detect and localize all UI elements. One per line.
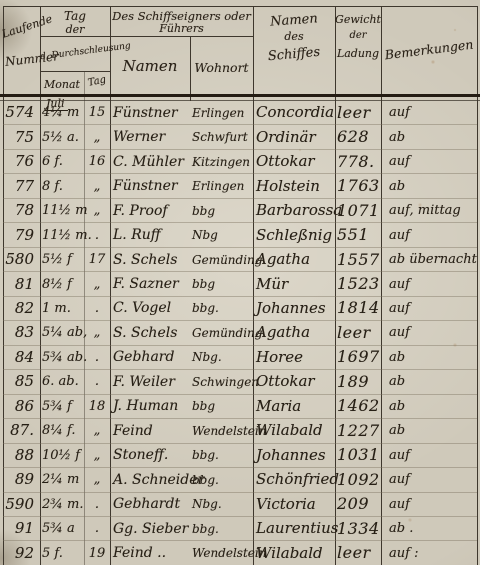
- ship-name: Laurentius: [253, 521, 337, 536]
- header-bottom-rule-thick: [0, 94, 480, 97]
- ledger-row: 821 m..C. Vogelbbg.Johannes1814auf: [3, 297, 477, 321]
- day-of-month: .: [84, 375, 110, 388]
- lock-time: 2¾ m.: [40, 498, 84, 511]
- day-of-month: „: [84, 326, 110, 339]
- remark: ab: [383, 351, 477, 364]
- day-of-month: 15: [84, 106, 110, 119]
- owner-name: L. Ruff: [110, 228, 192, 242]
- owner-name: Stoneff.: [110, 448, 192, 462]
- header-ship-line3: Schiffes: [253, 43, 336, 65]
- owner-residence: Schwingen: [192, 376, 253, 388]
- row-number: 580: [3, 252, 40, 267]
- remark: ab übernacht: [383, 253, 477, 266]
- ship-name: Mür: [253, 277, 337, 292]
- day-of-month: .: [84, 498, 110, 511]
- owner-name: S. Schels: [110, 326, 192, 340]
- ledger-row: 7911½ m..L. RuffNbgSchleßnig551auf: [3, 223, 477, 247]
- cargo-weight: 778.: [337, 154, 383, 170]
- row-number: 76: [3, 154, 40, 169]
- remark: ab: [383, 180, 477, 193]
- remark: ab: [383, 375, 477, 388]
- day-of-month: 17: [84, 253, 110, 266]
- ledger-row: 766 f.16C. MühlerKitzingenOttokar778.auf: [3, 150, 477, 174]
- row-number: 82: [3, 301, 40, 316]
- cargo-weight: 551: [337, 227, 383, 243]
- lock-time: 5¾ a: [40, 522, 84, 535]
- row-number: 83: [3, 325, 40, 340]
- remark: ab: [383, 400, 477, 413]
- ship-name: Wilabald: [253, 423, 337, 438]
- header-date-title-line2: der: [40, 23, 110, 36]
- lock-time: 1 m.: [40, 302, 84, 315]
- owner-residence: Wendelstein: [192, 425, 253, 437]
- ledger-row: 915¾ a.Gg. Sieberbbg.Laurentius1334ab .: [3, 517, 477, 541]
- ship-name: Johannes: [253, 448, 337, 463]
- owner-name: Werner: [110, 130, 192, 144]
- header-subdivider-line: [40, 36, 253, 37]
- owner-residence: bbg: [192, 278, 253, 290]
- header-day-label: Tag: [83, 73, 111, 89]
- owner-name: F. Weiler: [110, 375, 192, 389]
- header-weight-line1: Gewicht: [335, 13, 381, 26]
- row-number: 88: [3, 448, 40, 463]
- lock-time: 2¼ m: [40, 473, 84, 486]
- ship-name: Victoria: [253, 497, 337, 512]
- remark: auf, mittag: [383, 204, 477, 217]
- owner-name: F. Proof: [110, 204, 192, 218]
- ship-name: Agatha: [253, 325, 337, 340]
- owner-name: J. Human: [110, 399, 192, 413]
- ledger-row: 7811½ m„F. ProofbbgBarbarossa1071auf, mi…: [3, 199, 477, 223]
- owner-residence: bbg: [192, 400, 253, 412]
- day-of-month: „: [84, 473, 110, 486]
- remark: auf: [383, 498, 477, 511]
- cargo-weight: 1557: [337, 252, 383, 268]
- lock-time: 5¾ ab.: [40, 351, 84, 364]
- remark: auf :: [383, 547, 477, 560]
- header-owner-title-line1: Des Schiffseigners oder: [110, 9, 253, 23]
- month-annotation: Juli: [45, 97, 68, 111]
- ship-name: Barbarossa: [253, 203, 337, 218]
- owner-residence: Kitzingen: [192, 156, 253, 168]
- remark: auf: [383, 278, 477, 291]
- cargo-weight: 1227: [337, 423, 383, 439]
- cargo-weight: 1071: [337, 203, 383, 219]
- owner-name: Feind ..: [110, 546, 192, 560]
- ship-name: Ordinär: [253, 130, 337, 145]
- owner-name: Fünstner: [110, 106, 192, 120]
- ledger-row: 865¾ f18J. HumanbbgMaria1462ab: [3, 395, 477, 419]
- row-number: 81: [3, 277, 40, 292]
- remark: auf: [383, 449, 477, 462]
- row-number: 574: [3, 105, 40, 120]
- header-monthday-line: [40, 71, 110, 72]
- lock-time: 6. ab.: [40, 375, 84, 388]
- remark: ab: [383, 131, 477, 144]
- owner-name: C. Mühler: [110, 155, 192, 169]
- owner-residence: bbg: [192, 205, 253, 217]
- ship-name: Ottokar: [253, 374, 337, 389]
- cargo-weight: 1814: [337, 300, 383, 316]
- remark: auf: [383, 106, 477, 119]
- header-weight-line2: der: [335, 30, 381, 41]
- row-number: 84: [3, 350, 40, 365]
- day-of-month: .: [84, 302, 110, 315]
- cargo-weight: 1334: [337, 521, 383, 537]
- cargo-weight: leer: [337, 105, 383, 121]
- remark: auf: [383, 473, 477, 486]
- day-of-month: 16: [84, 155, 110, 168]
- border-top-line: [3, 6, 478, 7]
- row-number: 79: [3, 228, 40, 243]
- header-owner-name: Namen: [110, 57, 190, 75]
- row-number: 77: [3, 179, 40, 194]
- ship-name: Concordia: [253, 105, 337, 120]
- border-right-line: [477, 6, 478, 565]
- owner-name: Fünstner: [110, 179, 192, 193]
- day-of-month: 18: [84, 400, 110, 413]
- ship-name: Agatha: [253, 252, 337, 267]
- ledger-row: 856. ab..F. WeilerSchwingenOttokar189ab: [3, 370, 477, 394]
- row-number: 78: [3, 203, 40, 218]
- day-of-month: .: [84, 351, 110, 364]
- owner-residence: Nbg.: [192, 351, 253, 363]
- owner-name: F. Sazner: [110, 277, 192, 291]
- cargo-weight: 1763: [337, 178, 383, 194]
- header-ship-line2: des: [253, 30, 335, 43]
- owner-residence: Nbg.: [192, 498, 253, 510]
- header-ship-line1: Namen: [253, 10, 336, 31]
- ledger-page: Laufende Nummer Tag der d. Durchschleusu…: [0, 0, 480, 565]
- ledger-row: 818½ f„F. SaznerbbgMür1523auf: [3, 272, 477, 296]
- ship-name: Johannes: [253, 301, 337, 316]
- ledger-row: 845¾ ab..GebhardNbg.Horee1697ab: [3, 346, 477, 370]
- ledger-row: 8810½ f„Stoneff.bbg.Johannes1031auf: [3, 444, 477, 468]
- ship-name: Wilabald: [253, 546, 337, 561]
- lock-time: 10½ f: [40, 449, 84, 462]
- header-date-title-line1: Tag: [40, 9, 110, 23]
- ledger-row: 925 f.19Feind ..WendelsteinWilabaldleera…: [3, 541, 477, 564]
- day-of-month: .: [84, 522, 110, 535]
- row-number: 85: [3, 374, 40, 389]
- remark: auf: [383, 155, 477, 168]
- header-date-subtitle: d. Durchschleusung: [40, 44, 111, 62]
- lock-time: 5¼ ab,: [40, 326, 84, 339]
- day-of-month: „: [84, 180, 110, 193]
- header-remarks: Bemerkungen: [380, 36, 477, 63]
- ledger-row: 5805½ f17S. SchelsGemündingAgatha1557ab …: [3, 248, 477, 272]
- day-of-month: „: [84, 131, 110, 144]
- remark: ab .: [383, 522, 477, 535]
- owner-name: C. Vogel: [110, 301, 192, 315]
- row-number: 91: [3, 521, 40, 536]
- owner-residence: bbg.: [192, 449, 253, 461]
- owner-residence: Erlingen: [192, 180, 253, 192]
- day-of-month: 19: [84, 547, 110, 560]
- owner-residence: Gemünding: [192, 327, 253, 339]
- cargo-weight: 189: [337, 374, 383, 390]
- lock-time: 8½ f: [40, 278, 84, 291]
- day-of-month: „: [84, 204, 110, 217]
- owner-residence: bbg.: [192, 523, 253, 535]
- remark: ab: [383, 424, 477, 437]
- owner-name: Gebhardt: [110, 497, 192, 511]
- lock-time: 8¼ f.: [40, 424, 84, 437]
- header-owner-title-line2: Führers: [110, 22, 253, 35]
- cargo-weight: 209: [337, 496, 383, 512]
- ship-name: Maria: [253, 399, 337, 414]
- remark: auf: [383, 302, 477, 315]
- day-of-month: „: [84, 449, 110, 462]
- day-of-month: „: [84, 278, 110, 291]
- row-number: 87.: [3, 423, 40, 438]
- owner-residence: Erlingen: [192, 107, 253, 119]
- cargo-weight: 1092: [337, 472, 383, 488]
- row-number: 590: [3, 497, 40, 512]
- row-number: 86: [3, 399, 40, 414]
- header-weight-line3: Ladung: [335, 47, 381, 60]
- ledger-row: 755½ a.„WernerSchwfurtOrdinär628ab: [3, 125, 477, 149]
- row-number: 92: [3, 546, 40, 561]
- lock-time: 5 f.: [40, 547, 84, 560]
- lock-time: 5½ a.: [40, 131, 84, 144]
- owner-residence: bbg.: [192, 302, 253, 314]
- lock-time: 11½ m: [40, 204, 84, 217]
- cargo-weight: 628: [337, 129, 383, 145]
- row-number: 75: [3, 130, 40, 145]
- owner-residence: Schwfurt: [192, 131, 253, 143]
- owner-name: Feind: [110, 424, 192, 438]
- cargo-weight: 1031: [337, 447, 383, 463]
- ledger-row: 5744¼ m15FünstnerErlingenConcordialeerau…: [3, 101, 477, 125]
- day-of-month: „: [84, 424, 110, 437]
- owner-residence: bbg.: [192, 474, 253, 486]
- lock-time: 8 f.: [40, 180, 84, 193]
- ship-name: Holstein: [253, 179, 337, 194]
- lock-time: 11½ m.: [40, 229, 84, 242]
- ledger-rows: 5744¼ m15FünstnerErlingenConcordialeerau…: [3, 101, 477, 565]
- ledger-row: 87.8¼ f.„FeindWendelsteinWilabald1227ab: [3, 419, 477, 443]
- owner-residence: Wendelstein: [192, 547, 253, 559]
- remark: auf: [383, 229, 477, 242]
- header-owner-residence: Wohnort: [190, 60, 253, 75]
- cargo-weight: leer: [337, 545, 383, 561]
- owner-name: Gebhard: [110, 350, 192, 364]
- cargo-weight: 1697: [337, 349, 383, 365]
- cargo-weight: 1462: [337, 398, 383, 414]
- ledger-row: 5902¾ m..GebhardtNbg.Victoria209auf: [3, 493, 477, 517]
- owner-residence: Nbg: [192, 229, 253, 241]
- lock-time: 5½ f: [40, 253, 84, 266]
- ledger-row: 835¼ ab,„S. SchelsGemündingAgathaleerauf: [3, 321, 477, 345]
- lock-time: 5¾ f: [40, 400, 84, 413]
- owner-residence: Gemünding: [192, 254, 253, 266]
- lock-time: 6 f.: [40, 155, 84, 168]
- owner-name: S. Schels: [110, 253, 192, 267]
- owner-name: A. Schneider: [110, 473, 192, 487]
- ship-name: Ottokar: [253, 154, 337, 169]
- day-of-month: .: [84, 229, 110, 242]
- cargo-weight: 1523: [337, 276, 383, 292]
- owner-name: Gg. Sieber: [110, 522, 192, 536]
- header-month-label: Monat: [40, 78, 84, 91]
- cargo-weight: leer: [337, 325, 383, 341]
- ledger-row: 892¼ m„A. Schneiderbbg.Schönfried1092auf: [3, 468, 477, 492]
- ship-name: Schleßnig: [253, 228, 337, 243]
- ledger-row: 778 f.„FünstnerErlingenHolstein1763ab: [3, 174, 477, 198]
- row-number: 89: [3, 472, 40, 487]
- ship-name: Schönfried: [253, 472, 337, 487]
- ship-name: Horee: [253, 350, 337, 365]
- remark: auf: [383, 326, 477, 339]
